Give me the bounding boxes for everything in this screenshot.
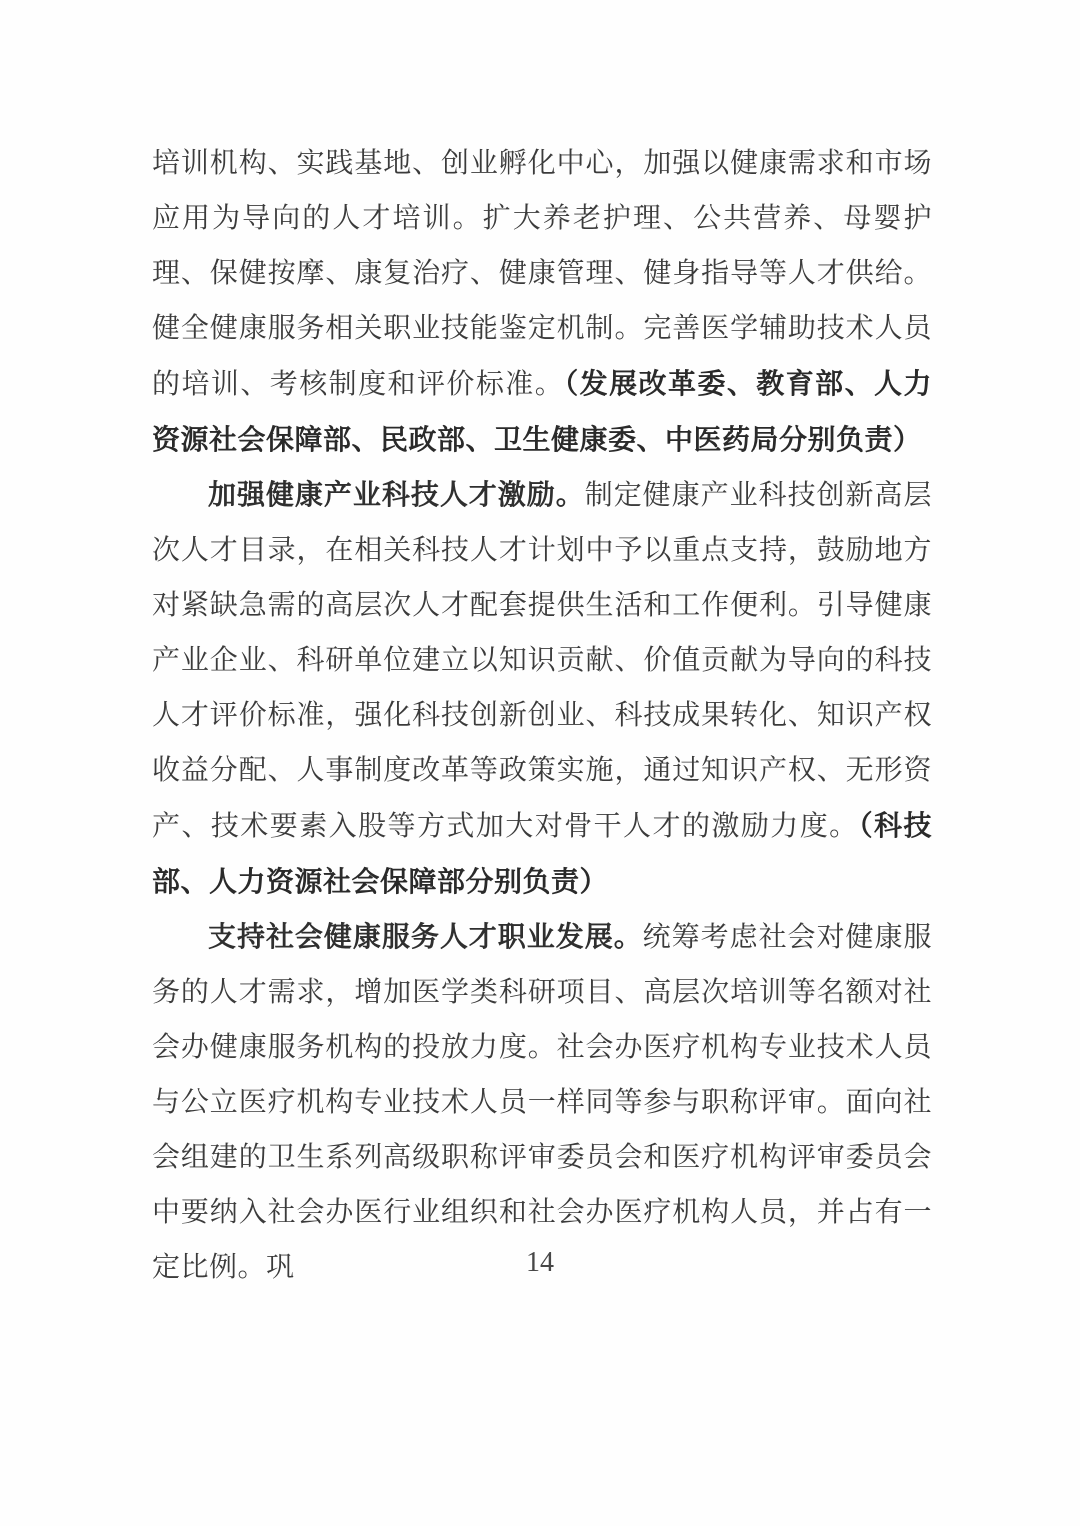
paragraph-social-health-talent-lead: 支持社会健康服务人才职业发展。 [208, 922, 643, 953]
paragraph-social-health-talent: 支持社会健康服务人才职业发展。统筹考虑社会对健康服务的人才需求，增加医学类科研项… [152, 910, 932, 1295]
paragraph-social-health-talent-text: 统筹考虑社会对健康服务的人才需求，增加医学类科研项目、高层次培训等名额对社会办健… [152, 922, 932, 1283]
paragraph-continuation-text: 培训机构、实践基地、创业孵化中心，加强以健康需求和市场应用为导向的人才培训。扩大… [152, 148, 932, 400]
paragraph-continuation: 培训机构、实践基地、创业孵化中心，加强以健康需求和市场应用为导向的人才培训。扩大… [152, 136, 932, 468]
paragraph-tech-talent-incentive-text: 制定健康产业科技创新高层次人才目录，在相关科技人才计划中予以重点支持，鼓励地方对… [152, 480, 932, 842]
page-number: 14 [0, 1242, 1080, 1284]
document-body: 培训机构、实践基地、创业孵化中心，加强以健康需求和市场应用为导向的人才培训。扩大… [152, 136, 932, 1295]
paragraph-tech-talent-incentive: 加强健康产业科技人才激励。制定健康产业科技创新高层次人才目录，在相关科技人才计划… [152, 468, 932, 910]
document-page: 培训机构、实践基地、创业孵化中心，加强以健康需求和市场应用为导向的人才培训。扩大… [0, 0, 1080, 1526]
paragraph-tech-talent-incentive-lead: 加强健康产业科技人才激励。 [208, 480, 585, 511]
